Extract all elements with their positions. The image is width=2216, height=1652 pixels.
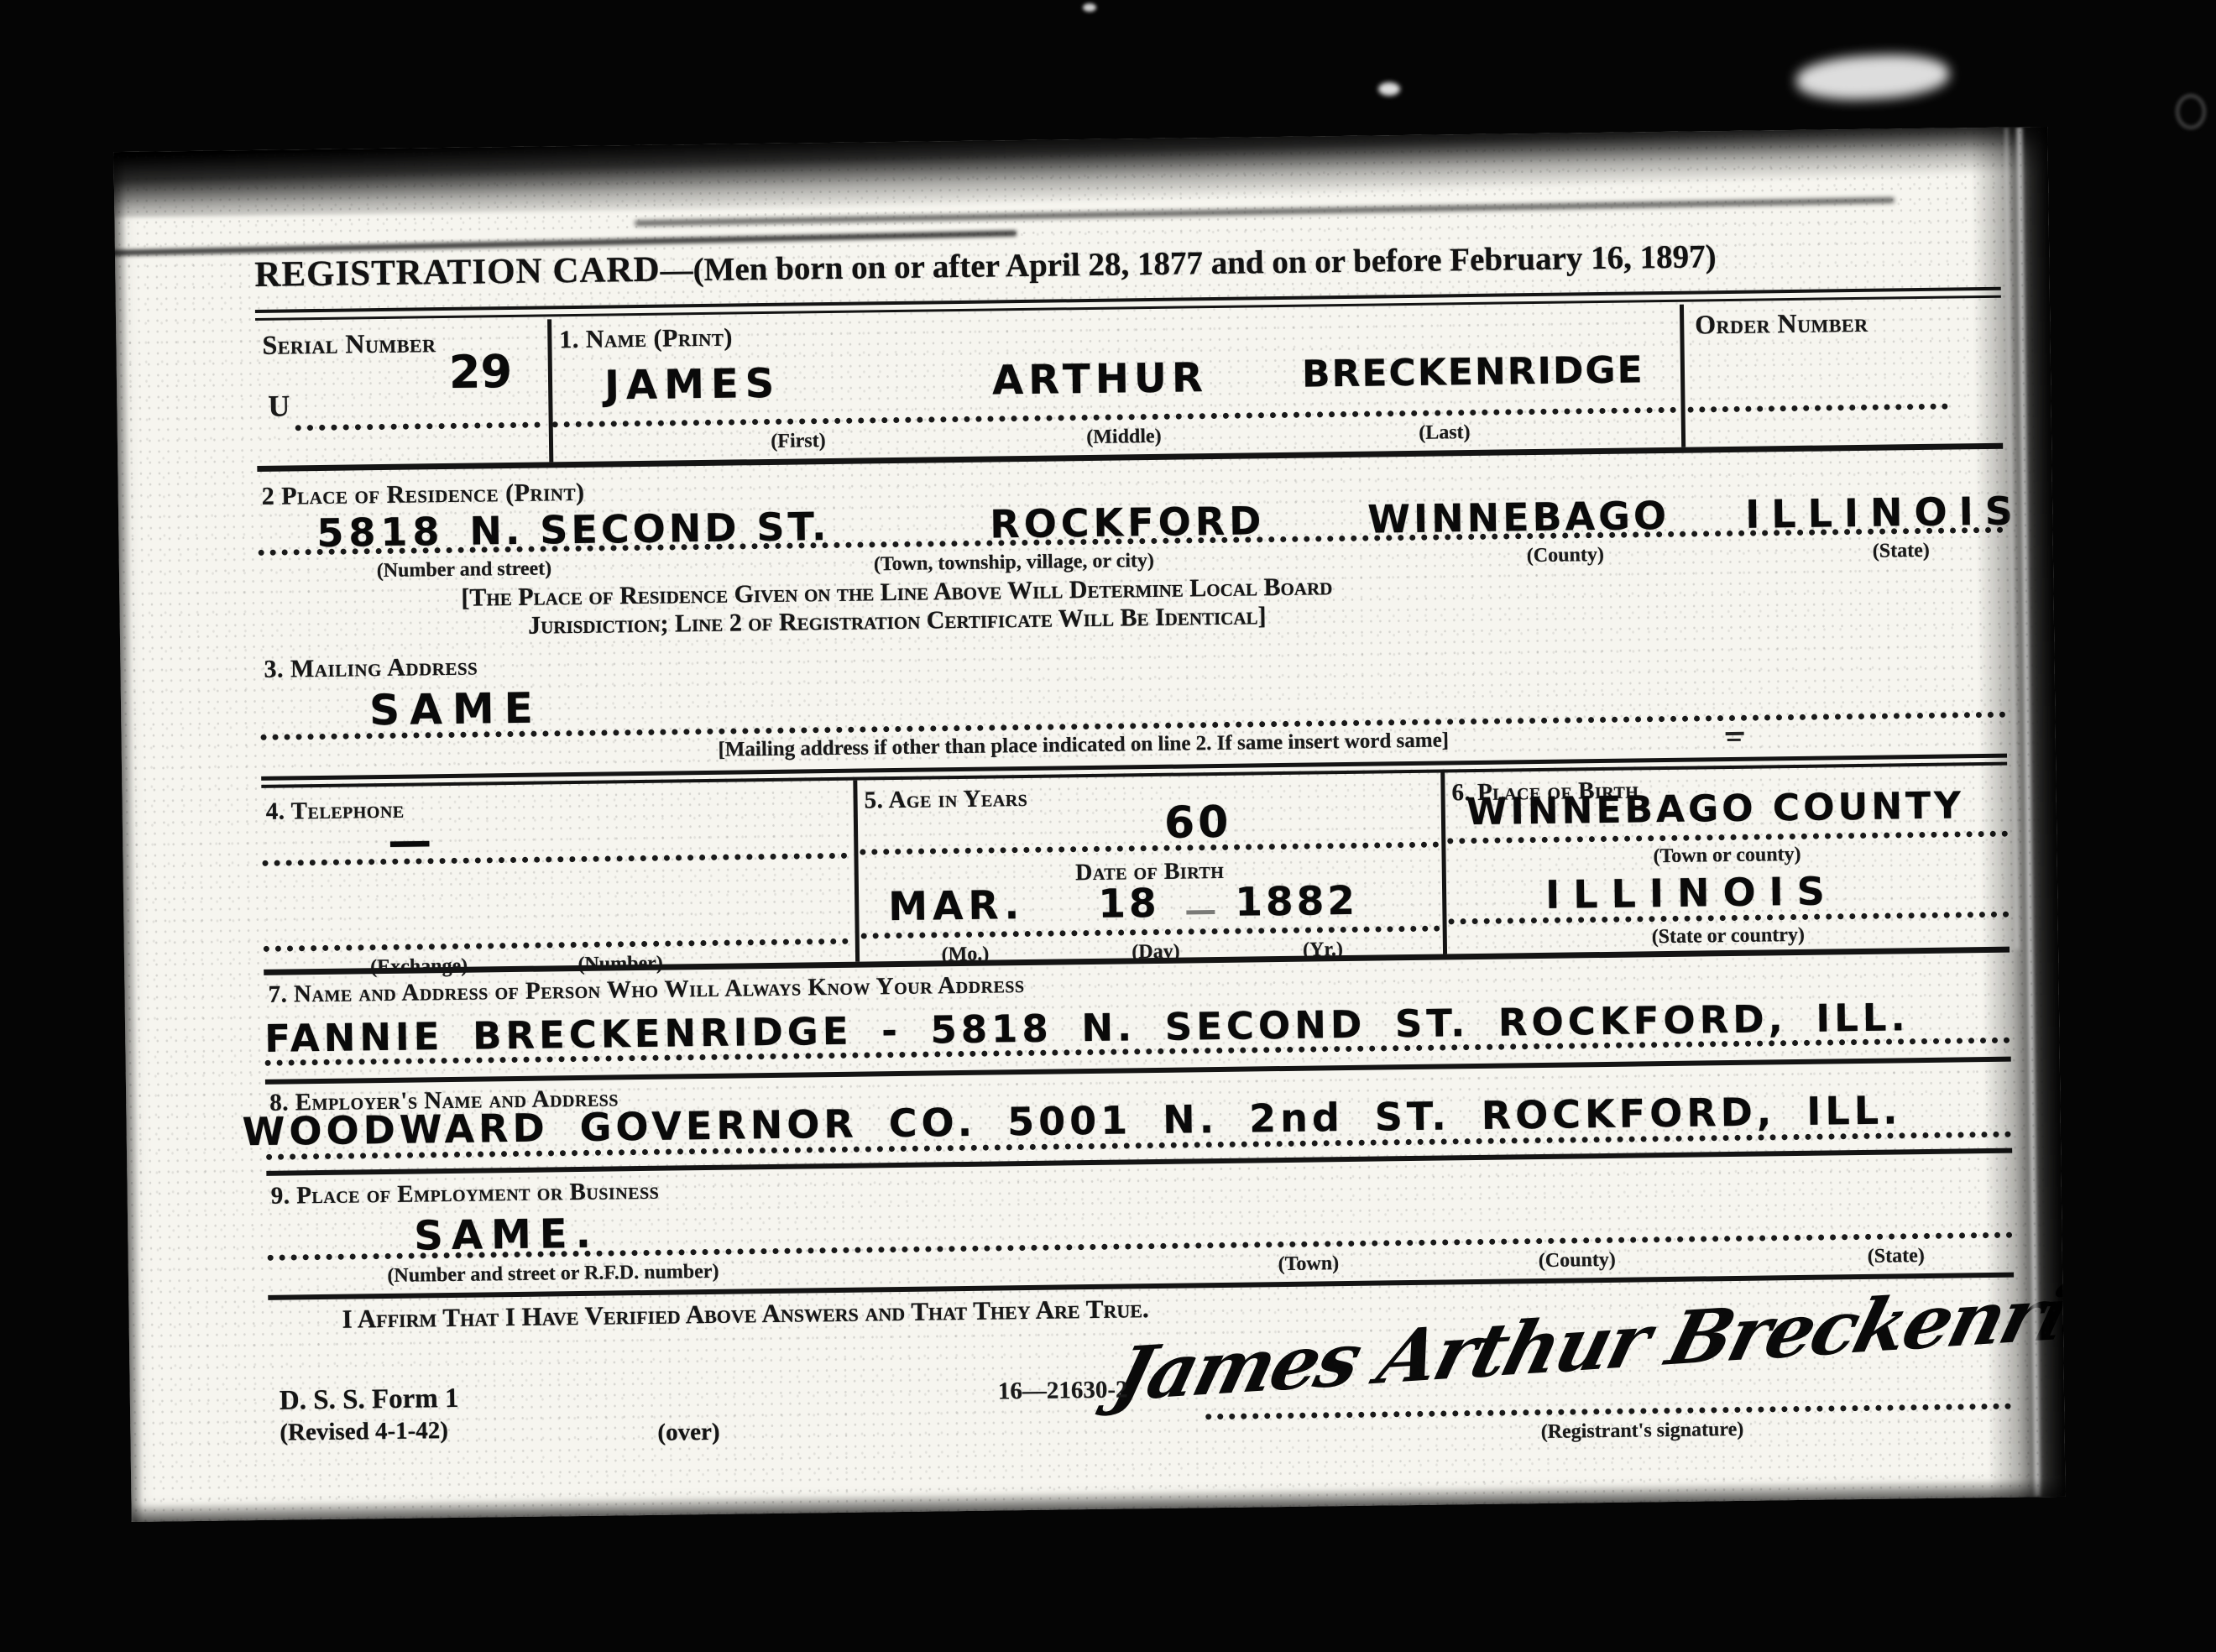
- dob-year-value: 1882: [1235, 878, 1359, 926]
- employment-county-sublabel: (County): [1493, 1248, 1661, 1273]
- name-first-value: JAMES: [604, 360, 781, 410]
- age-label: 5. Age in Years: [864, 785, 1027, 815]
- scan-streak: [1795, 51, 1950, 102]
- divider: [853, 781, 860, 962]
- residence-state-sublabel: (State): [1817, 539, 1985, 564]
- name-last-value: BRECKENRIDGE: [1302, 348, 1644, 395]
- birthplace-town-value: WINNEBAGO COUNTY: [1466, 784, 1965, 834]
- dotted-line: [1688, 404, 1948, 413]
- scan-mark: [1727, 739, 1741, 741]
- residence-number-sublabel: (Number and street): [359, 557, 569, 583]
- scan-mark: [1726, 732, 1744, 735]
- dob-day-value: 18: [1098, 881, 1160, 928]
- name-last-sublabel: (Last): [1373, 421, 1516, 445]
- name-middle-value: ARTHUR: [992, 354, 1209, 404]
- affirmation-text: I Affirm That I Have Verified Above Answ…: [342, 1294, 1148, 1335]
- divider: [547, 319, 553, 462]
- name-label: 1. Name (Print): [559, 324, 733, 355]
- mailing-label: 3. Mailing Address: [264, 653, 478, 684]
- name-first-sublabel: (First): [727, 429, 870, 453]
- age-value: 60: [1164, 797, 1232, 849]
- dob-month-value: MAR.: [888, 882, 1025, 930]
- form-content: REGISTRATION CARD—(Men born on or after …: [254, 232, 2016, 1497]
- residence-town-sublabel: (Town, township, village, or city): [855, 550, 1173, 577]
- employment-number-sublabel: (Number and street or R.F.D. number): [343, 1260, 763, 1289]
- dotted-line: [264, 938, 849, 952]
- registration-card: REGISTRATION CARD—(Men born on or after …: [113, 127, 2065, 1522]
- dotted-line: [295, 422, 541, 431]
- serial-number-label: Serial Number: [262, 327, 436, 361]
- order-number-label: Order Number: [1695, 307, 1868, 341]
- scan-shadow-left: [113, 152, 143, 1522]
- card-title-main: REGISTRATION CARD: [254, 250, 661, 295]
- employment-label: 9. Place of Employment or Business: [271, 1178, 660, 1210]
- form-revised: (Revised 4-1-42): [280, 1417, 448, 1447]
- employment-state-sublabel: (State): [1812, 1244, 1980, 1269]
- mailing-value: SAME: [369, 684, 543, 735]
- divider: [1680, 305, 1686, 447]
- scan-speck: [1083, 3, 1096, 12]
- print-code: 16—21630-2: [998, 1376, 1128, 1405]
- scan-mark: [1186, 910, 1215, 914]
- dotted-line: [860, 842, 1439, 855]
- card-title-paren: —(Men born on or after April 28, 1877 an…: [660, 238, 1717, 288]
- divider: [1440, 772, 1447, 954]
- dotted-line: [1205, 1404, 2011, 1420]
- telephone-label: 4. Telephone: [266, 797, 405, 826]
- residence-label: 2 Place of Residence (Print): [262, 478, 585, 511]
- birthplace-town-sublabel: (Town or county): [1601, 843, 1853, 869]
- scan-speck: [2176, 94, 2206, 129]
- over-note: (over): [657, 1419, 719, 1447]
- serial-prefix: U: [268, 388, 290, 423]
- dotted-line: [262, 853, 847, 866]
- form-number: D. S. S. Form 1: [280, 1383, 459, 1417]
- birthplace-state-sublabel: (State or country): [1602, 923, 1854, 949]
- employment-town-sublabel: (Town): [1225, 1252, 1393, 1277]
- signature-sublabel: (Registrant's signature): [1474, 1418, 1810, 1445]
- serial-number-value: 29: [448, 345, 512, 399]
- residence-county-sublabel: (County): [1482, 543, 1649, 568]
- name-middle-sublabel: (Middle): [1053, 425, 1195, 449]
- scan-speck: [1378, 82, 1400, 96]
- birthplace-state-value: ILLINOIS: [1545, 868, 1838, 917]
